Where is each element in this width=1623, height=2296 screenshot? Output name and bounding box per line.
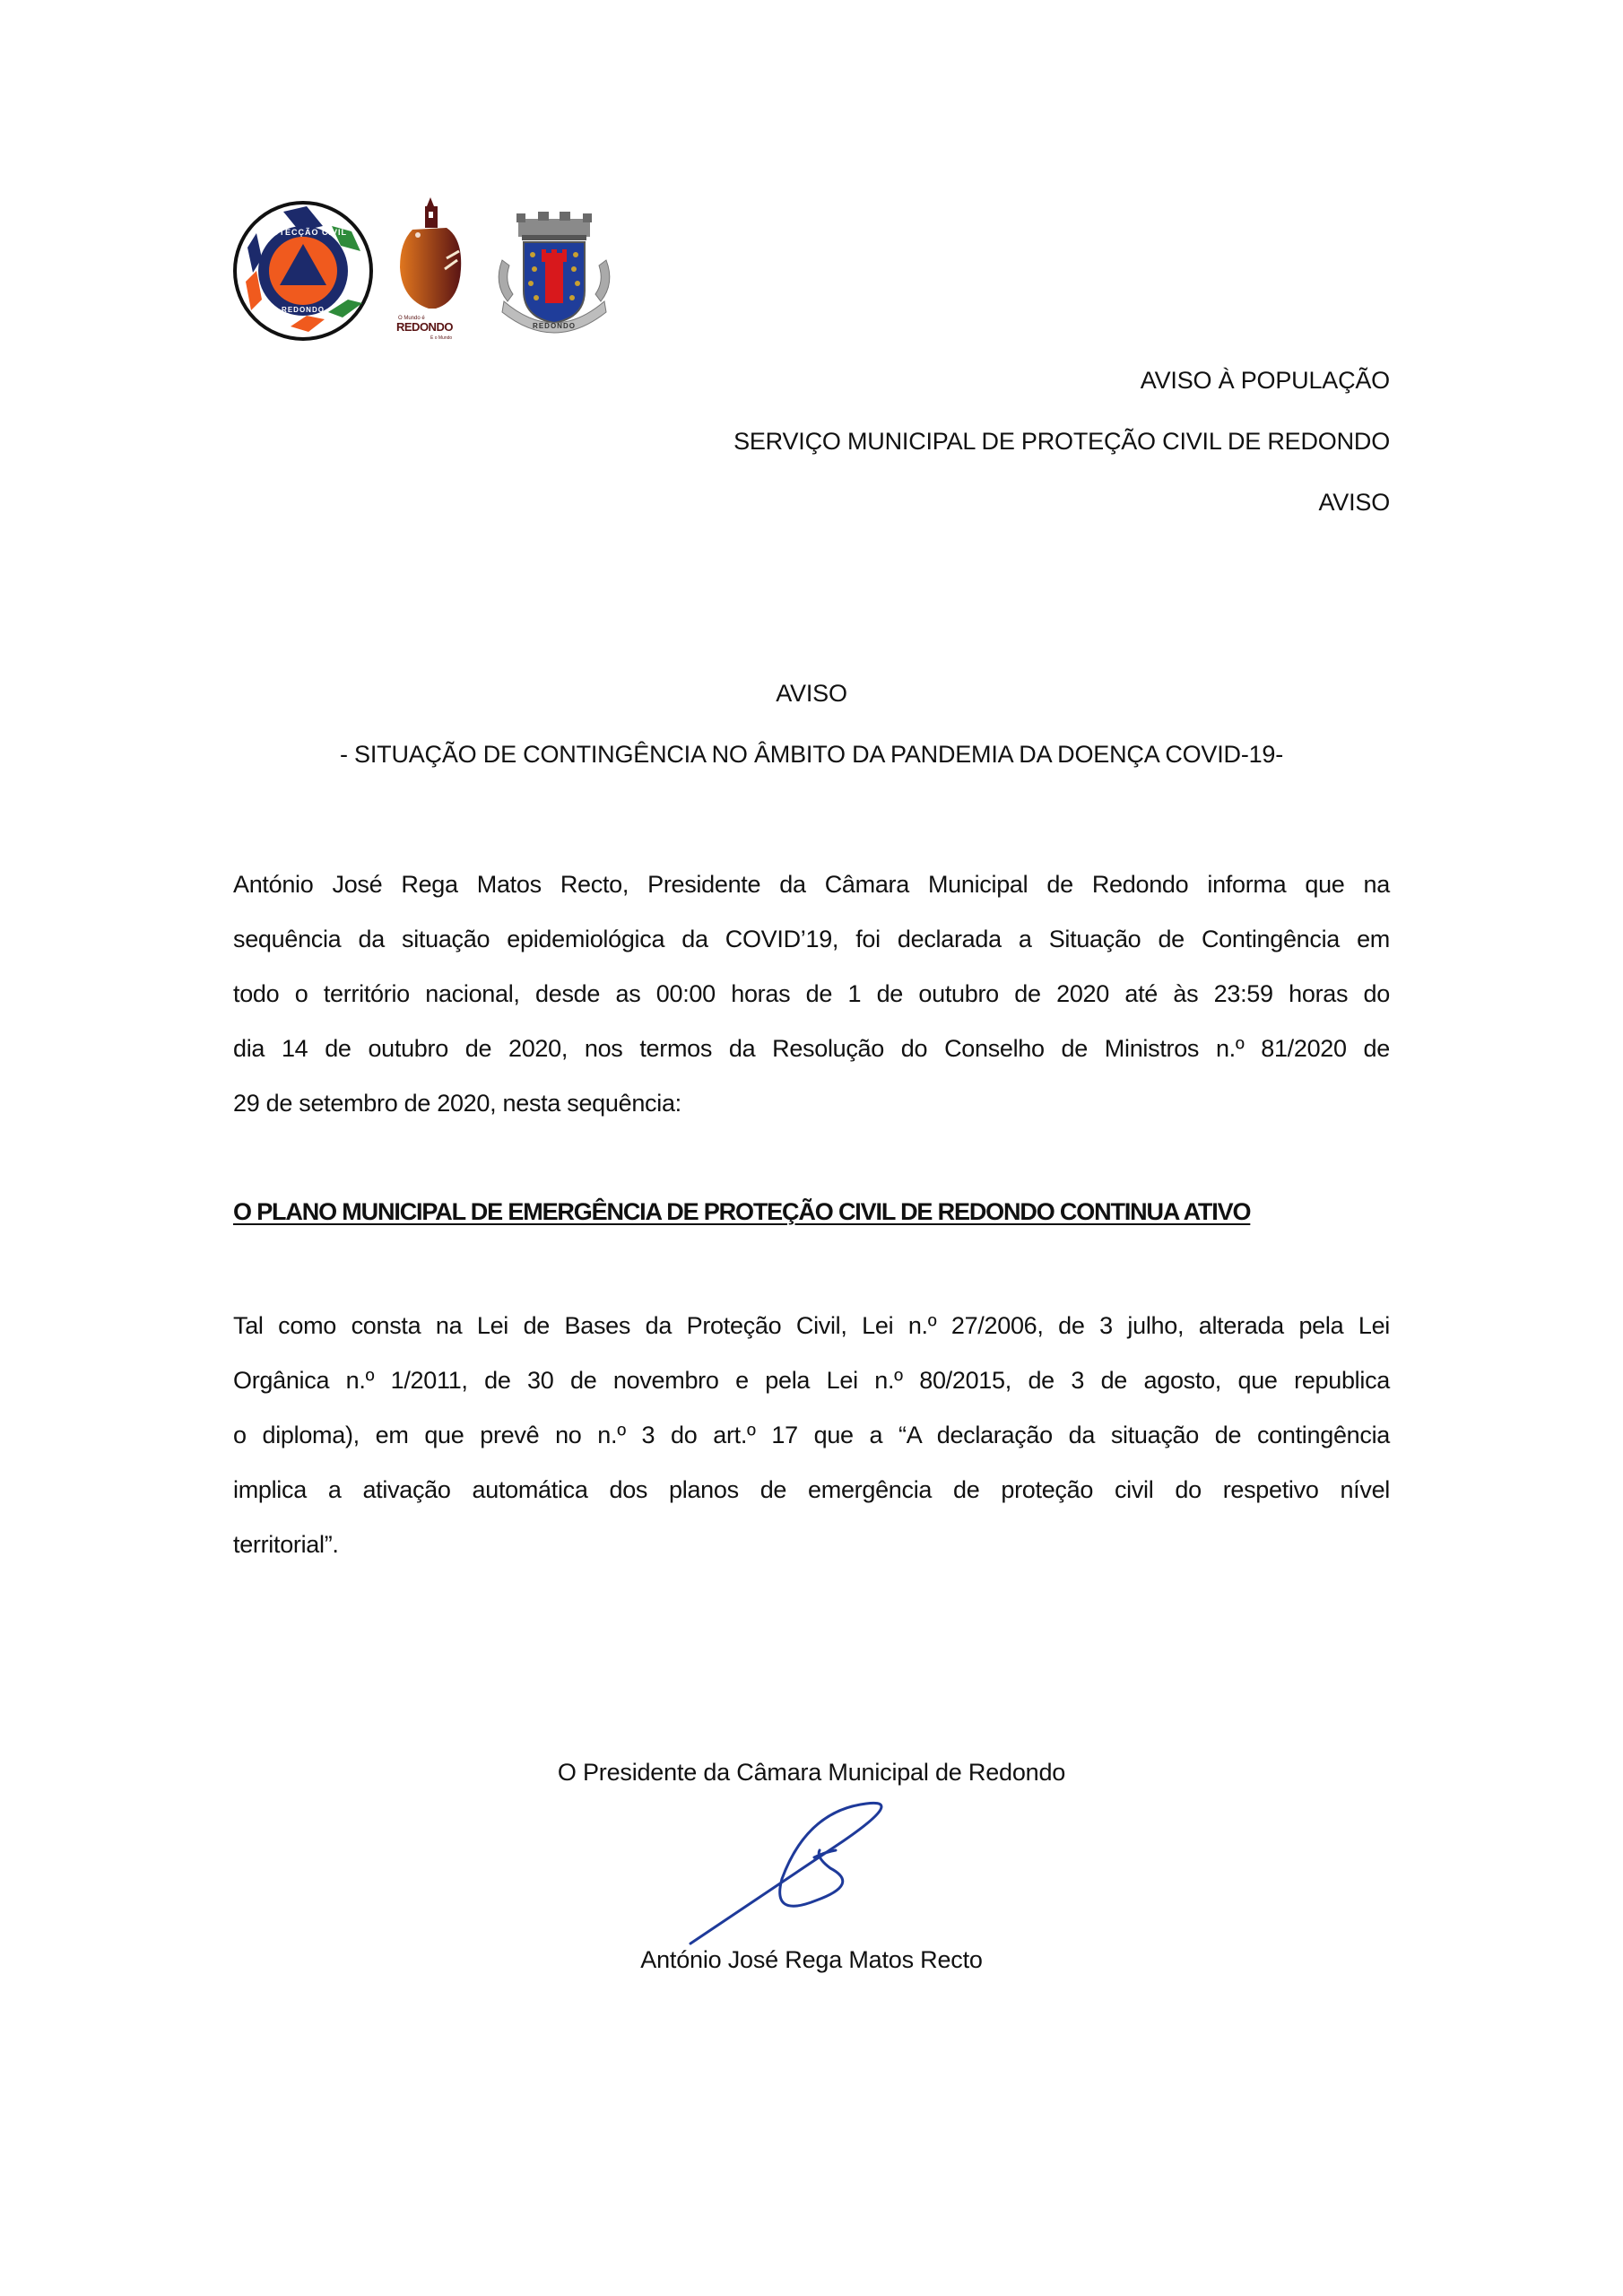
plan-active-heading: O PLANO MUNICIPAL DE EMERGÊNCIA DE PROTE… — [233, 1196, 1250, 1228]
svg-text:REDONDO: REDONDO — [533, 322, 576, 330]
paragraph-line: António José Rega Matos Recto, President… — [233, 857, 1390, 912]
paragraph-line: dia 14 de outubro de 2020, nos termos da… — [233, 1022, 1390, 1076]
header-aviso: AVISO — [1318, 486, 1390, 518]
paragraph-line: o diploma), em que prevê no n.º 3 do art… — [233, 1408, 1390, 1463]
title-subtitle: - SITUAÇÃO DE CONTINGÊNCIA NO ÂMBITO DA … — [0, 738, 1623, 770]
paragraph-line: todo o território nacional, desde as 00:… — [233, 967, 1390, 1022]
o-mundo-e-redondo-logo: O Mundo é REDONDO É o Mundo — [395, 196, 475, 344]
svg-text:É o Mundo: É o Mundo — [430, 335, 452, 341]
svg-text:REDONDO: REDONDO — [396, 320, 453, 334]
handwritten-signature — [681, 1798, 950, 1951]
svg-text:PROTECÇÃO CIVIL: PROTECÇÃO CIVIL — [259, 228, 347, 237]
header-logos: PROTECÇÃO CIVIL REDONDO O Mundo é REDOND… — [231, 196, 644, 348]
paragraph-line: Orgânica n.º 1/2011, de 30 de novembro e… — [233, 1353, 1390, 1408]
paragraph-line: Tal como consta na Lei de Bases da Prote… — [233, 1299, 1390, 1353]
header-servico-municipal: SERVIÇO MUNICIPAL DE PROTEÇÃO CIVIL DE R… — [733, 425, 1390, 457]
signatory-name: António José Rega Matos Recto — [0, 1944, 1623, 1976]
protecao-civil-logo: PROTECÇÃO CIVIL REDONDO — [231, 199, 375, 343]
paragraph-line: 29 de setembro de 2020, nesta sequência: — [233, 1076, 1390, 1131]
document-page: PROTECÇÃO CIVIL REDONDO O Mundo é REDOND… — [0, 0, 1623, 2296]
paragraph-line: territorial”. — [233, 1518, 1390, 1572]
paragraph-line: implica a ativação automática dos planos… — [233, 1463, 1390, 1518]
header-aviso-populacao: AVISO À POPULAÇÃO — [1141, 364, 1390, 396]
paragraph-1: António José Rega Matos Recto, President… — [233, 857, 1390, 1131]
signatory-title: O Presidente da Câmara Municipal de Redo… — [0, 1756, 1623, 1788]
paragraph-line: sequência da situação epidemiológica da … — [233, 912, 1390, 967]
svg-text:REDONDO: REDONDO — [282, 306, 325, 314]
redondo-coat-of-arms: REDONDO — [491, 212, 617, 337]
paragraph-2: Tal como consta na Lei de Bases da Prote… — [233, 1299, 1390, 1572]
title-aviso: AVISO — [0, 677, 1623, 709]
